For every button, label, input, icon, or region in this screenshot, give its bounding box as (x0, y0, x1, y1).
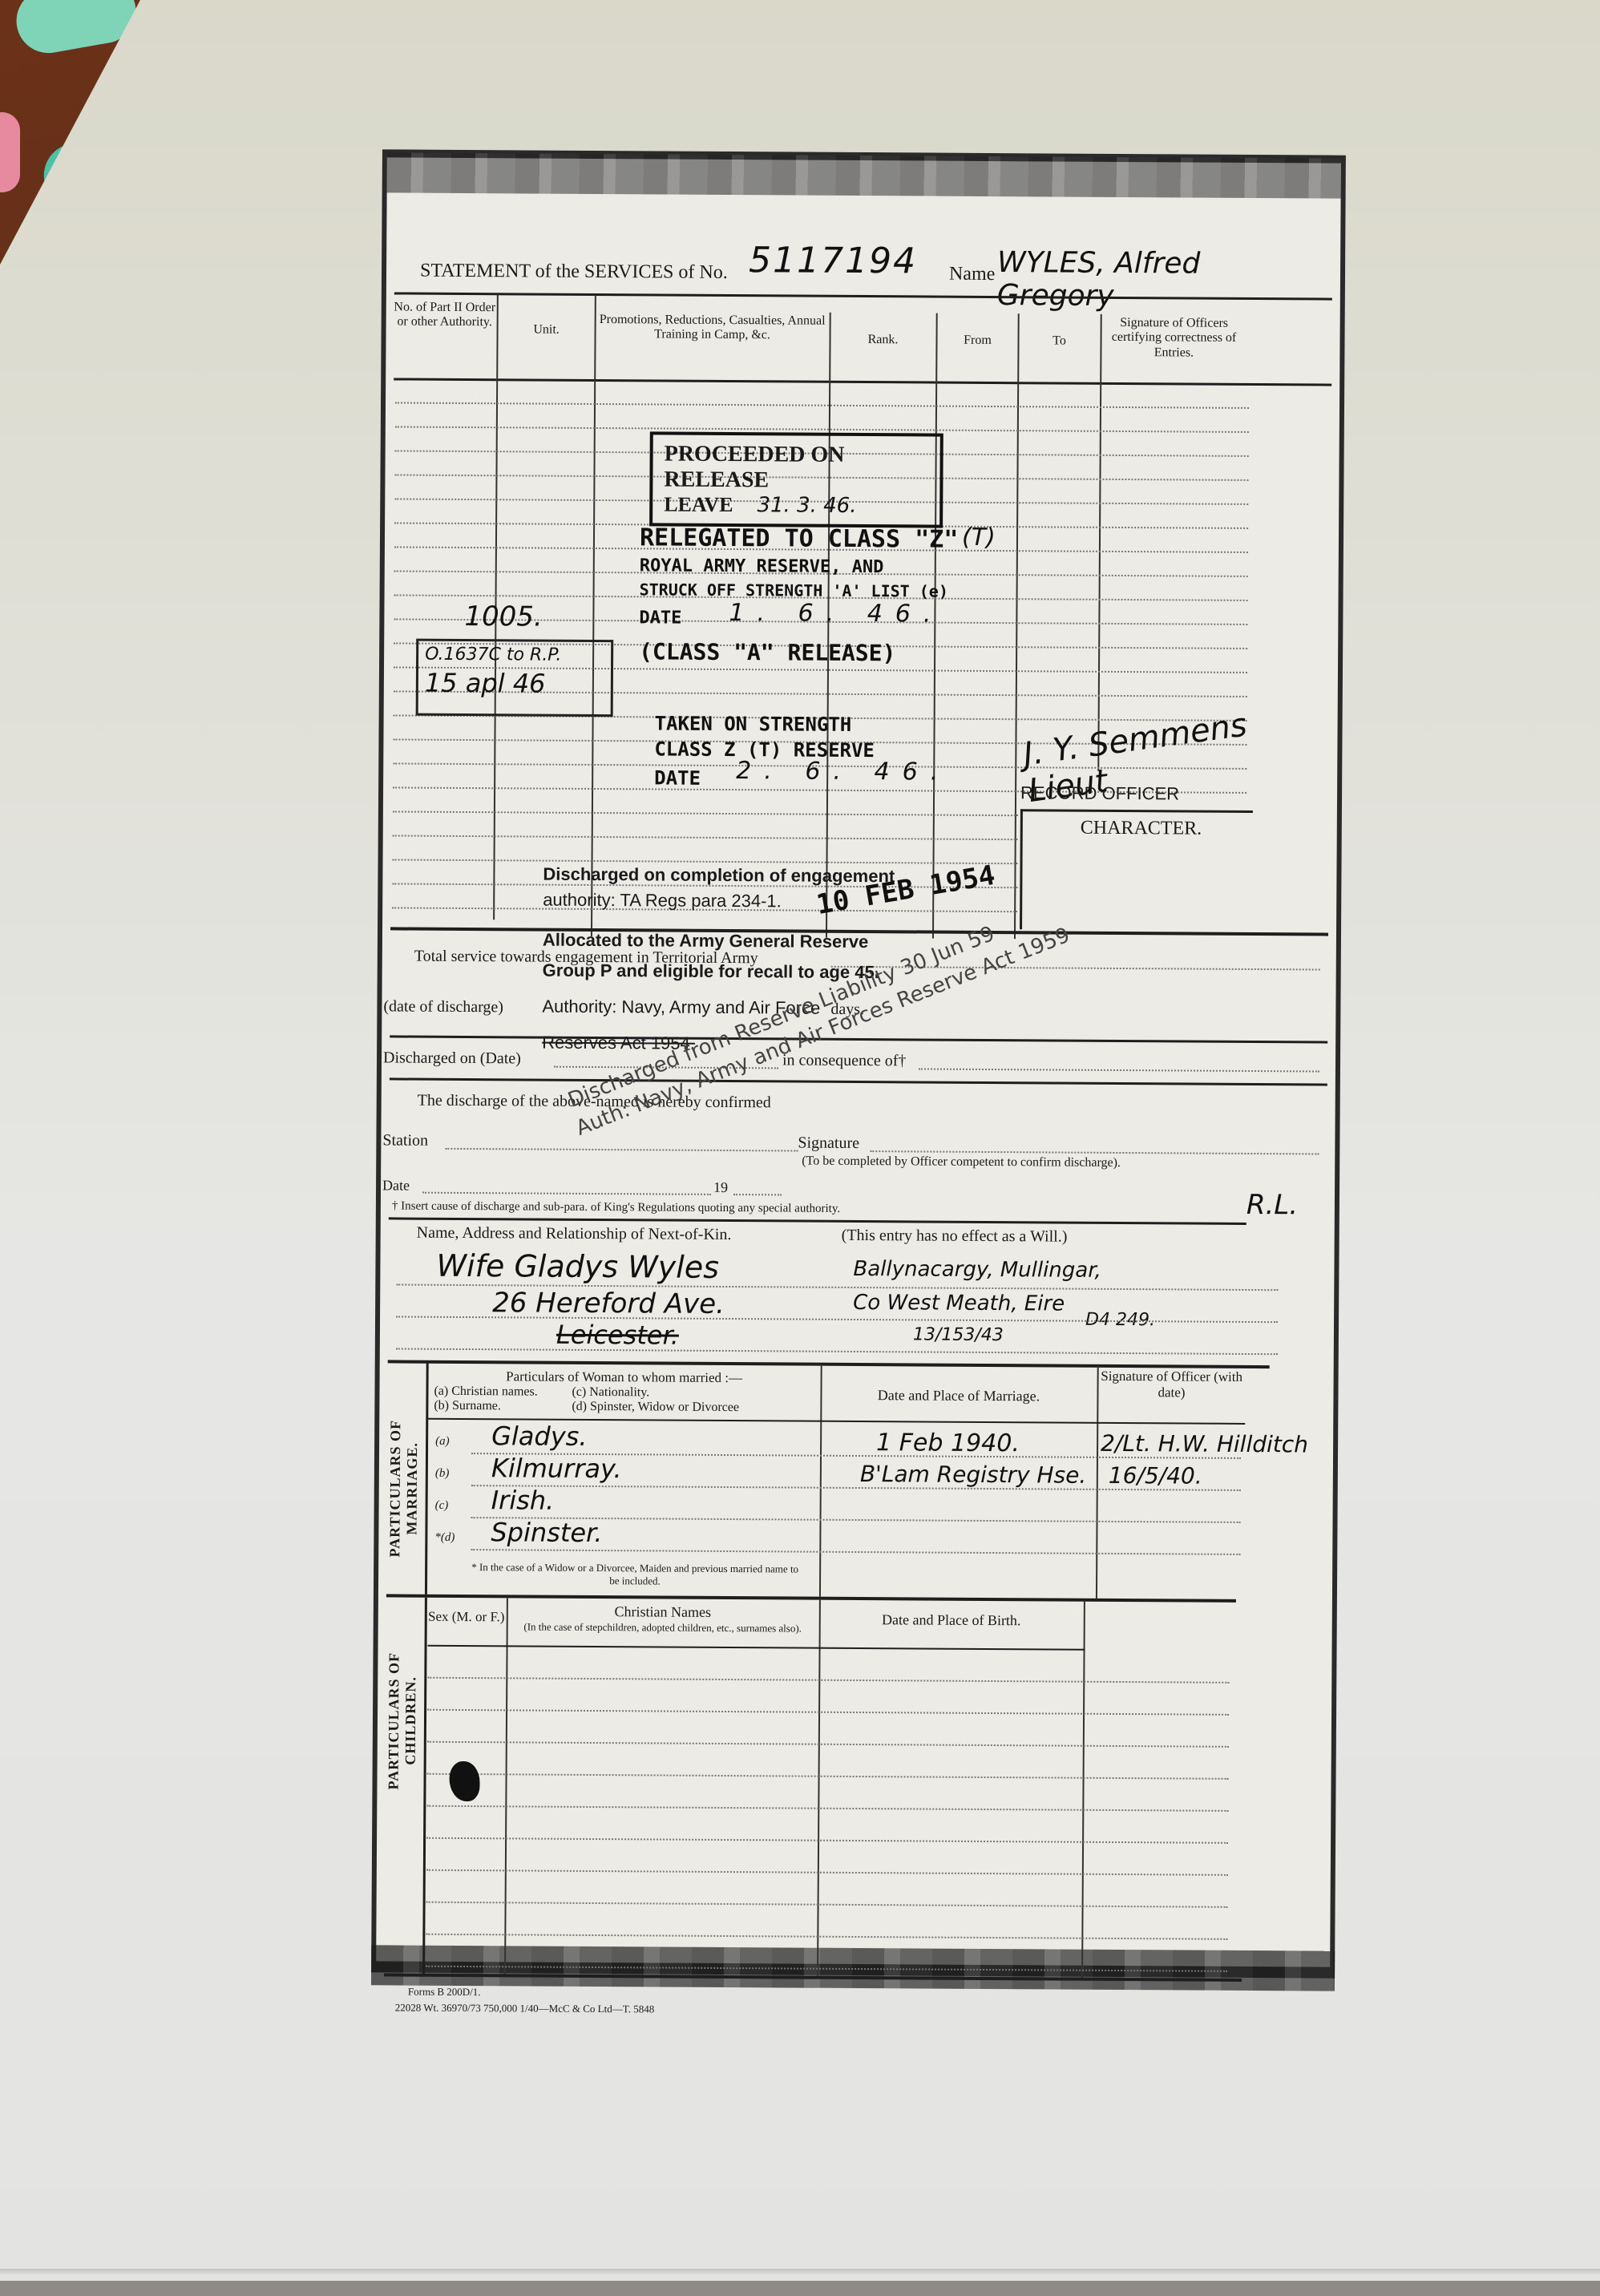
title-label: STATEMENT of the SERVICES of No. (420, 261, 728, 284)
nok-line3-left: Leicester. (556, 1320, 679, 1351)
column-rule (422, 1598, 427, 1975)
service-number: 5117194 (749, 240, 917, 281)
taken-line1: TAKEN ON STRENGTH (655, 712, 852, 736)
form-title: STATEMENT of the SERVICES of No. 5117194… (420, 238, 1318, 292)
marriage-header-a: (a) Christian names. (434, 1384, 537, 1400)
nok-line2-left: 26 Hereford Ave. (492, 1287, 725, 1320)
relegated-line2: ROYAL ARMY RESERVE, AND (640, 556, 884, 577)
column-rule (1020, 809, 1023, 929)
signature-label: Signature (798, 1134, 859, 1153)
discharged-line1: Discharged on completion of engagement (543, 864, 895, 887)
character-label: CHARACTER. (1081, 818, 1202, 840)
ruled-line (427, 1773, 1229, 1780)
column-rule (817, 1600, 821, 1977)
col-header-unit: Unit. (499, 322, 595, 338)
marriage-row-value: Gladys. (491, 1421, 588, 1452)
divider (390, 1077, 1327, 1085)
col-header-authority: No. of Part II Order or other Authority. (393, 300, 497, 330)
marriage-row-value: Kilmurray. (491, 1453, 622, 1484)
next-of-kin-note: (This entry has no effect as a Will.) (842, 1227, 1068, 1247)
in-consequence-label: in consequence of† (782, 1051, 907, 1070)
col-header-signature: Signature of Officers certifying correct… (1101, 316, 1246, 361)
ink-blot (449, 1761, 479, 1801)
discharge-footnote: † Insert cause of discharge and sub-para… (392, 1199, 840, 1215)
marriage-header-d: (d) Spinster, Widow or Divorcee (572, 1400, 739, 1415)
ruled-line (426, 1870, 1228, 1876)
marriage-row-value: Irish. (491, 1485, 555, 1515)
release-stamp: PROCEEDED ON RELEASE LEAVE31. 3. 46. (649, 431, 943, 528)
ruled-line (427, 1677, 1229, 1684)
ruled-line (393, 859, 1018, 864)
year-prefix: 19 (713, 1179, 728, 1196)
ruled-line (426, 1934, 1227, 1940)
column-rule (591, 295, 596, 936)
col-header-rank: Rank. (830, 333, 935, 348)
column-rule (819, 1364, 822, 1597)
relegated-date: 1. 6. 46. (729, 599, 943, 629)
date-place-header: Date and Place of Marriage. (824, 1387, 1093, 1405)
station-label: Station (382, 1131, 428, 1150)
table-edge (0, 2281, 1600, 2296)
marriage-row-value: Spinster. (491, 1517, 602, 1548)
nok-line1-right: Ballynacargy, Mullingar, (853, 1257, 1101, 1283)
torn-edge-top (387, 152, 1341, 198)
marriage-row-key: (c) (435, 1499, 449, 1513)
ruled-line (427, 1709, 1229, 1716)
col-header-promotions: Promotions, Reductions, Casualties, Annu… (596, 313, 828, 344)
ruled-line (427, 1741, 1229, 1748)
ruled-line (426, 1837, 1228, 1844)
marriage-date: 1 Feb 1940. (876, 1429, 1020, 1457)
marriage-row-key: (b) (435, 1467, 450, 1481)
divider (394, 378, 1331, 386)
nok-ref-number: 13/153/43 (913, 1324, 1004, 1345)
ruled-line (395, 402, 1249, 409)
marriage-officer-date: 16/5/40. (1109, 1462, 1202, 1490)
date-label: Date (382, 1177, 410, 1194)
divider (390, 1035, 1327, 1043)
fabric-decoration (0, 112, 20, 192)
ruled-line (393, 835, 1018, 840)
marriage-place: B'Lam Registry Hse. (860, 1461, 1087, 1489)
dotted-fill (422, 1192, 711, 1195)
ruled-line (426, 1902, 1228, 1908)
overlay-group: Group P and eligible for recall to age 4… (543, 960, 879, 984)
marriage-header-c: (c) Nationality. (572, 1385, 649, 1401)
next-of-kin-label: Name, Address and Relationship of Next-o… (417, 1224, 732, 1244)
children-header-sex: Sex (M. or F.) (428, 1609, 505, 1625)
fold-shadow (0, 2269, 1600, 2275)
nok-line2-right: Co West Meath, Eire (853, 1291, 1065, 1316)
divider (386, 1594, 1236, 1602)
service-record-form: STATEMENT of the SERVICES of No. 5117194… (371, 149, 1346, 1978)
marriage-row-key: *(d) (434, 1531, 455, 1545)
children-section-label: PARTICULARS OF CHILDREN. (385, 1624, 419, 1817)
marriage-row-key: (a) (435, 1435, 450, 1449)
marriage-header-b: (b) Surname. (434, 1399, 501, 1414)
marriage-officer-signature: 2/Lt. H.W. Hillditch (1101, 1430, 1308, 1458)
divider (1020, 809, 1253, 813)
dotted-fill (919, 1068, 1319, 1072)
marriage-header-title: Particulars of Woman to whom married :— (432, 1368, 817, 1386)
column-rule (504, 1598, 508, 1975)
ruled-line (426, 1805, 1228, 1812)
ruled-line (471, 1549, 1240, 1555)
col-header-from: From (937, 333, 1017, 349)
officer-header: Signature of Officer (with date) (1099, 1368, 1243, 1401)
divider (388, 1360, 1270, 1368)
col-header-to: To (1019, 333, 1099, 349)
leave-label: LEAVE (664, 493, 733, 517)
taken-date: 2. 6. 46. (736, 757, 951, 786)
record-officer-label: RECORD OFFICER (1020, 782, 1179, 804)
divider (428, 1645, 1085, 1651)
date-of-discharge-label: (date of discharge) (383, 997, 503, 1017)
marriage-section-label: PARTICULARS OF MARRIAGE. (386, 1392, 421, 1584)
relegated-line3: STRUCK OFF STRENGTH 'A' LIST (e) (640, 580, 948, 600)
discharged-line2: authority: TA Regs para 234-1. (543, 890, 782, 912)
relegated-marker: (T) (962, 523, 996, 552)
column-rule (1096, 1366, 1099, 1599)
relegated-date-label: DATE (639, 608, 681, 628)
taken-date-label: DATE (654, 766, 701, 789)
children-header-names: Christian Names (511, 1603, 815, 1621)
marriage-footnote: * In the case of a Widow or a Divorcee, … (467, 1561, 803, 1589)
printer-line: 22028 Wt. 36970/73 750,000 1/40—McC & Co… (395, 2001, 655, 2015)
class-release: (CLASS "A" RELEASE) (639, 638, 895, 666)
children-header-birth: Date and Place of Birth. (823, 1611, 1080, 1630)
order-box: O.1637C to R.P. 15 apl 46 (416, 639, 614, 717)
dotted-fill (445, 1148, 798, 1152)
children-header-names-note: (In the case of stepchildren, adopted ch… (519, 1621, 807, 1635)
order-number: 1005. (464, 600, 543, 633)
relegated-line1: RELEGATED TO CLASS "Z" (640, 523, 959, 553)
dotted-fill (733, 1194, 782, 1195)
order-box-line2: 15 apl 46 (418, 668, 611, 699)
column-rule (425, 1362, 429, 1595)
nok-line1-left: Wife Gladys Wyles (436, 1248, 719, 1285)
column-rule (1081, 1602, 1085, 1979)
signature-note: (To be completed by Officer competent to… (802, 1154, 1121, 1170)
ruled-line (395, 426, 1249, 433)
ruled-line (393, 810, 1018, 816)
initials: R.L. (1246, 1189, 1298, 1221)
dotted-fill (396, 1348, 1278, 1355)
name-value: WYLES, Alfred Gregory (997, 246, 1318, 313)
form-number: Forms B 200D/1. (408, 1986, 481, 1999)
order-box-line1: O.1637C to R.P. (418, 641, 611, 669)
name-label: Name (949, 264, 995, 285)
discharged-on-label: Discharged on (Date) (383, 1049, 521, 1068)
release-stamp-line1: PROCEEDED ON RELEASE (664, 442, 928, 495)
leave-date: 31. 3. 46. (757, 493, 856, 518)
